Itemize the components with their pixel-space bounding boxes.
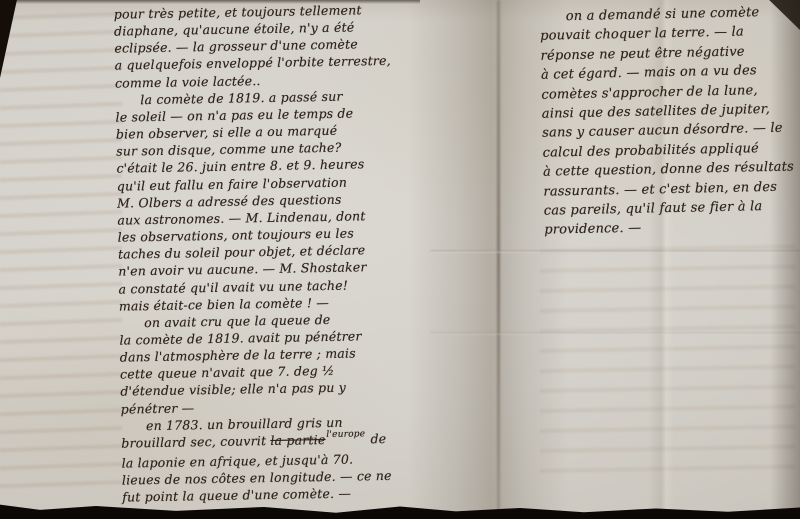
horizontal-crease xyxy=(430,250,800,253)
inserted-word-above-line: l'europe xyxy=(326,426,365,444)
bleed-through-left-margin xyxy=(0,6,122,498)
edit-line-after: de xyxy=(366,431,386,446)
manuscript-photo: pour très petite, et toujours tellement … xyxy=(0,0,800,519)
left-page: pour très petite, et toujours tellement … xyxy=(114,0,423,506)
struck-word: la partie xyxy=(270,432,325,448)
right-page: on a demandé si une comète pouvait choqu… xyxy=(540,2,800,240)
edit-line-before: brouillard sec, couvrit xyxy=(121,433,270,451)
page-gutter-crease xyxy=(497,0,500,519)
horizontal-crease xyxy=(430,332,800,335)
